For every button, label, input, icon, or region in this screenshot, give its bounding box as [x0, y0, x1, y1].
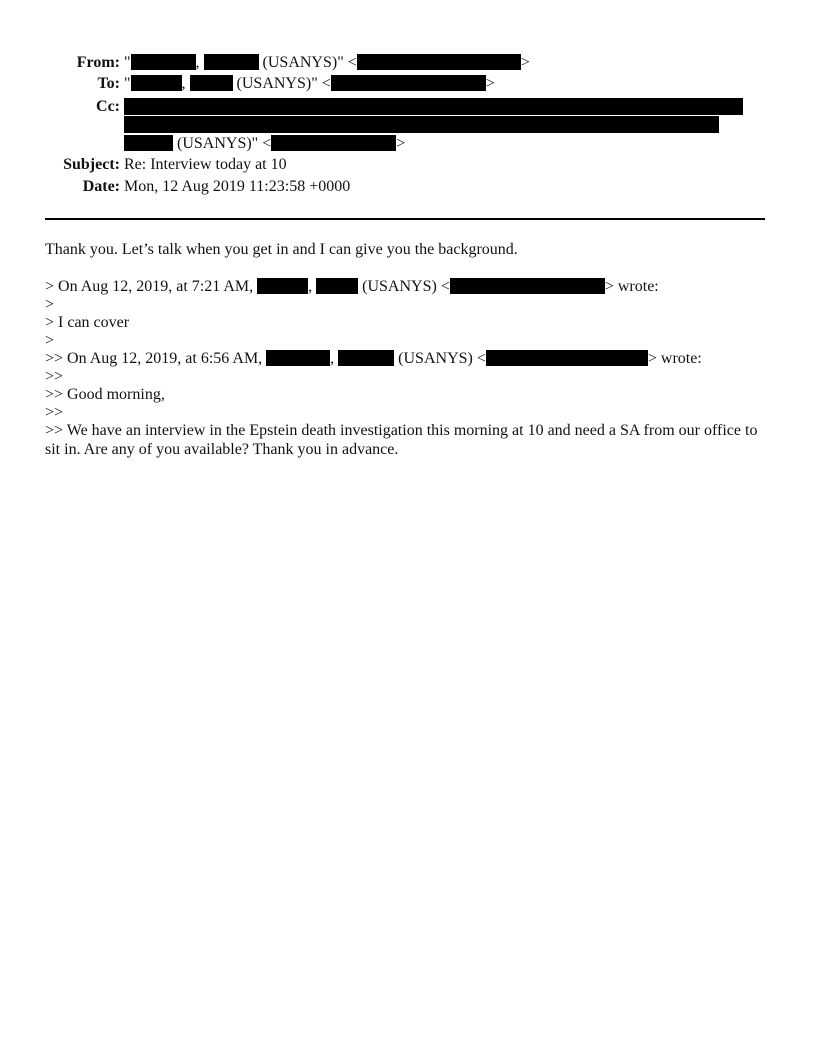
quote-blank-line: >> [45, 403, 63, 422]
redacted-email [331, 75, 486, 91]
redacted-first-name [124, 135, 173, 151]
redacted-last-name [131, 75, 182, 91]
redacted-email [357, 54, 521, 70]
to-label: To: [97, 74, 120, 93]
redacted-email [271, 135, 396, 151]
cc-value-tail: (USANYS)" <> [124, 134, 405, 153]
redacted-first-name [204, 54, 259, 70]
quote-text-1: > I can cover [45, 313, 129, 332]
to-row: To: ", (USANYS)" <> [0, 74, 816, 93]
quote-greeting: >> Good morning, [45, 385, 165, 404]
from-label: From: [77, 53, 120, 72]
subject-label: Subject: [63, 155, 120, 174]
cc-label: Cc: [96, 97, 120, 116]
quote-attribution-2: >> On Aug 12, 2019, at 6:56 AM, , (USANY… [45, 349, 702, 368]
to-value: ", (USANYS)" <> [124, 74, 495, 93]
redacted-last-name [266, 350, 330, 366]
cc-row-3: (USANYS)" <> [0, 134, 816, 153]
date-label: Date: [83, 177, 120, 196]
redacted-email [486, 350, 648, 366]
date-row: Date: Mon, 12 Aug 2019 11:23:58 +0000 [0, 177, 816, 196]
redacted-last-name [257, 278, 308, 294]
quote-blank-line: > [45, 295, 54, 314]
redacted-first-name [338, 350, 394, 366]
redacted-cc-recipients-line-2 [124, 116, 719, 133]
subject-value: Re: Interview today at 10 [124, 155, 287, 174]
quote-text-2: >> We have an interview in the Epstein d… [45, 421, 765, 459]
from-row: From: ", (USANYS)" <> [0, 53, 816, 72]
from-value: ", (USANYS)" <> [124, 53, 530, 72]
quote-blank-line: >> [45, 367, 63, 386]
subject-row: Subject: Re: Interview today at 10 [0, 155, 816, 174]
quote-attribution-1: > On Aug 12, 2019, at 7:21 AM, , (USANYS… [45, 277, 659, 296]
quote-blank-line: > [45, 331, 54, 350]
redacted-first-name [316, 278, 358, 294]
redacted-email [450, 278, 605, 294]
reply-text: Thank you. Let’s talk when you get in an… [45, 240, 518, 259]
redacted-cc-recipients-line-1 [124, 98, 743, 115]
date-value: Mon, 12 Aug 2019 11:23:58 +0000 [124, 177, 350, 196]
redacted-last-name [131, 54, 196, 70]
redacted-first-name [190, 75, 233, 91]
header-divider [45, 218, 765, 220]
